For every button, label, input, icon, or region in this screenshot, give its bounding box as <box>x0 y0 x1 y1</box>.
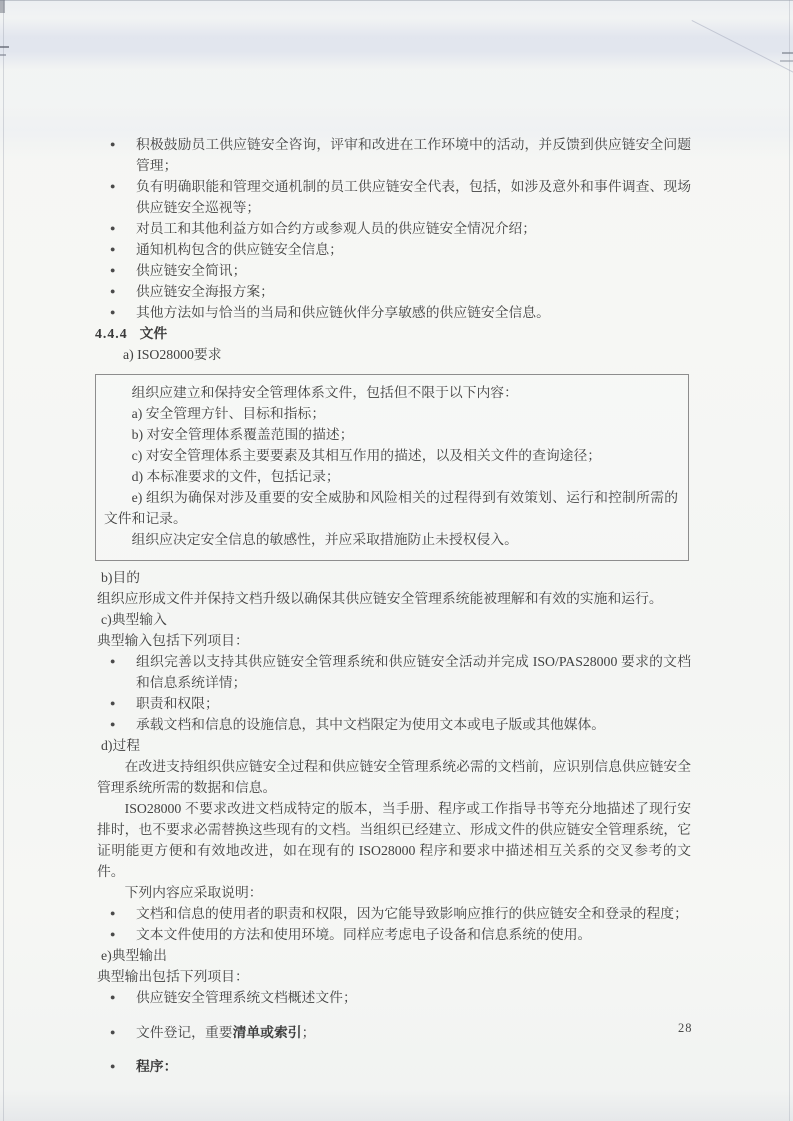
bullet-dot-icon: ● <box>97 693 136 714</box>
box-paragraph: b) 对安全管理体系覆盖范围的描述； <box>104 424 678 445</box>
bullet-dot-icon: ● <box>97 714 136 735</box>
bullet-dot-icon: ● <box>97 651 136 693</box>
scan-tick-left-1 <box>0 46 9 48</box>
scan-edge-top <box>0 0 793 1</box>
box-paragraph: e) 组织为确保对涉及重要的安全威胁和风险相关的过程得到有效策划、运行和控制所需… <box>104 487 678 529</box>
box-paragraph: 组织应建立和保持安全管理体系文件，包括但不限于以下内容： <box>104 382 678 403</box>
list-item: ● 文本文件使用的方法和使用环境。同样应考虑电子设备和信息系统的使用。 <box>97 924 691 945</box>
scan-tick-right-1 <box>782 52 793 54</box>
list-item: ● 供应链安全海报方案； <box>97 281 691 302</box>
bullet-dot-icon: ● <box>97 176 136 218</box>
list-item-text: 通知机构包含的供应链安全信息； <box>136 239 691 260</box>
bullet-dot-icon: ● <box>97 903 136 924</box>
list-item-text: 文件登记，重要清单或索引； <box>136 1022 691 1043</box>
subsection-b-label: b)目的 <box>101 567 691 588</box>
list-item: ● 承载文档和信息的设施信息，其中文档限定为使用文本或电子版或其他媒体。 <box>97 714 691 735</box>
list-item: ● 组织完善以支持其供应链安全管理系统和供应链安全活动并完成 ISO/PAS28… <box>97 651 691 693</box>
section-heading: 4.4.4文件 <box>95 323 691 344</box>
subsection-e-label: e)典型输出 <box>101 945 691 966</box>
scan-crease-line <box>692 20 793 74</box>
subsection-d-paragraph: 在改进支持组织供应链安全过程和供应链安全管理系统必需的文档前，应识别信息供应链安… <box>97 756 691 798</box>
list-item-text: 负有明确职能和管理交通机制的员工供应链安全代表，包括，如涉及意外和事件调查、现场… <box>136 176 691 218</box>
list-item: ● 负有明确职能和管理交通机制的员工供应链安全代表，包括，如涉及意外和事件调查、… <box>97 176 691 218</box>
box-paragraph: d) 本标准要求的文件，包括记录； <box>104 466 678 487</box>
list-item: ● 职责和权限； <box>97 693 691 714</box>
bullet-dot-icon: ● <box>97 1056 136 1077</box>
list-item: ● 对员工和其他利益方如合约方或参观人员的供应链安全情况介绍； <box>97 218 691 239</box>
list-item-text-bold: 清单或索引 <box>233 1025 302 1040</box>
list-item-text-plain: ； <box>302 1025 316 1040</box>
bullet-dot-icon: ● <box>97 924 136 945</box>
list-item-text: 供应链安全简讯； <box>136 260 691 281</box>
scan-edge-right <box>789 0 790 1121</box>
subsection-c-label: c)典型输入 <box>101 609 691 630</box>
page-number: 28 <box>678 1021 693 1036</box>
list-item: ● 文件登记，重要清单或索引； <box>97 1022 691 1043</box>
section-title: 文件 <box>140 326 168 341</box>
list-item: ● 供应链安全管理系统文档概述文件； <box>97 987 691 1008</box>
bullet-dot-icon: ● <box>97 239 136 260</box>
list-item: ● 供应链安全简讯； <box>97 260 691 281</box>
subsection-d-label: d)过程 <box>101 735 691 756</box>
list-item-text: 职责和权限； <box>136 693 691 714</box>
subsection-d-paragraph: ISO28000 不要求改进文档成特定的版本，当手册、程序或工作指导书等充分地描… <box>97 798 691 882</box>
list-item: ● 积极鼓励员工供应链安全咨询，评审和改进在工作环境中的活动，并反馈到供应链安全… <box>97 134 691 176</box>
scanned-page: ● 积极鼓励员工供应链安全咨询，评审和改进在工作环境中的活动，并反馈到供应链安全… <box>0 0 793 1121</box>
list-item: ● 通知机构包含的供应链安全信息； <box>97 239 691 260</box>
list-item: ● 文档和信息的使用者的职责和权限，因为它能导致影响应推行的供应链安全和登录的程… <box>97 903 691 924</box>
bullet-dot-icon: ● <box>97 987 136 1008</box>
list-item-text: 积极鼓励员工供应链安全咨询，评审和改进在工作环境中的活动，并反馈到供应链安全问题… <box>136 134 691 176</box>
bullet-dot-icon: ● <box>97 260 136 281</box>
subsection-a-label: a) ISO28000要求 <box>123 344 691 365</box>
list-item-text: 供应链安全管理系统文档概述文件； <box>136 987 691 1008</box>
list-item-text: 文档和信息的使用者的职责和权限，因为它能导致影响应推行的供应链安全和登录的程度； <box>136 903 691 924</box>
scan-tick-left-2 <box>0 54 6 56</box>
subsection-d-paragraph: 下列内容应采取说明： <box>97 882 691 903</box>
list-item: ● 其他方法如与恰当的当局和供应链伙伴分享敏感的供应链安全信息。 <box>97 302 691 323</box>
section-number: 4.4.4 <box>95 326 128 341</box>
list-item-text-bold: 程序 <box>136 1059 164 1074</box>
scan-corner-mark <box>0 0 5 13</box>
list-item-text: 组织完善以支持其供应链安全管理系统和供应链安全活动并完成 ISO/PAS2800… <box>136 651 691 693</box>
list-item-text: 其他方法如与恰当的当局和供应链伙伴分享敏感的供应链安全信息。 <box>136 302 691 323</box>
list-item-text: 程序： <box>136 1056 691 1077</box>
list-item: ● 程序： <box>97 1056 691 1077</box>
list-item-text-plain: 供应链安全管理系统文档概述文件； <box>136 990 357 1005</box>
document-body: ● 积极鼓励员工供应链安全咨询，评审和改进在工作环境中的活动，并反馈到供应链安全… <box>97 134 691 1077</box>
scan-tick-right-2 <box>780 60 793 62</box>
bullet-dot-icon: ● <box>97 302 136 323</box>
bullet-dot-icon: ● <box>97 218 136 239</box>
list-item-text: 供应链安全海报方案； <box>136 281 691 302</box>
list-item-text: 文本文件使用的方法和使用环境。同样应考虑电子设备和信息系统的使用。 <box>136 924 691 945</box>
bullet-dot-icon: ● <box>97 134 136 176</box>
list-item-text-plain: ： <box>164 1059 178 1074</box>
list-item-text: 对员工和其他利益方如合约方或参观人员的供应链安全情况介绍； <box>136 218 691 239</box>
box-paragraph: c) 对安全管理体系主要要素及其相互作用的描述，以及相关文件的查询途径； <box>104 445 678 466</box>
subsection-e-intro: 典型输出包括下列项目： <box>97 966 691 987</box>
list-item-text-plain: 文件登记，重要 <box>136 1025 233 1040</box>
subsection-b-text: 组织应形成文件并保持文档升级以确保其供应链安全管理系统能被理解和有效的实施和运行… <box>97 588 691 609</box>
bullet-dot-icon: ● <box>97 281 136 302</box>
scan-edge-left <box>3 0 4 1121</box>
box-paragraph: a) 安全管理方针、目标和指标； <box>104 403 678 424</box>
bullet-dot-icon: ● <box>97 1022 136 1043</box>
box-paragraph: 组织应决定安全信息的敏感性，并应采取措施防止未授权侵入。 <box>104 529 678 550</box>
subsection-c-intro: 典型输入包括下列项目： <box>97 630 691 651</box>
list-item-text: 承载文档和信息的设施信息，其中文档限定为使用文本或电子版或其他媒体。 <box>136 714 691 735</box>
requirement-box: 组织应建立和保持安全管理体系文件，包括但不限于以下内容： a) 安全管理方针、目… <box>95 374 689 561</box>
